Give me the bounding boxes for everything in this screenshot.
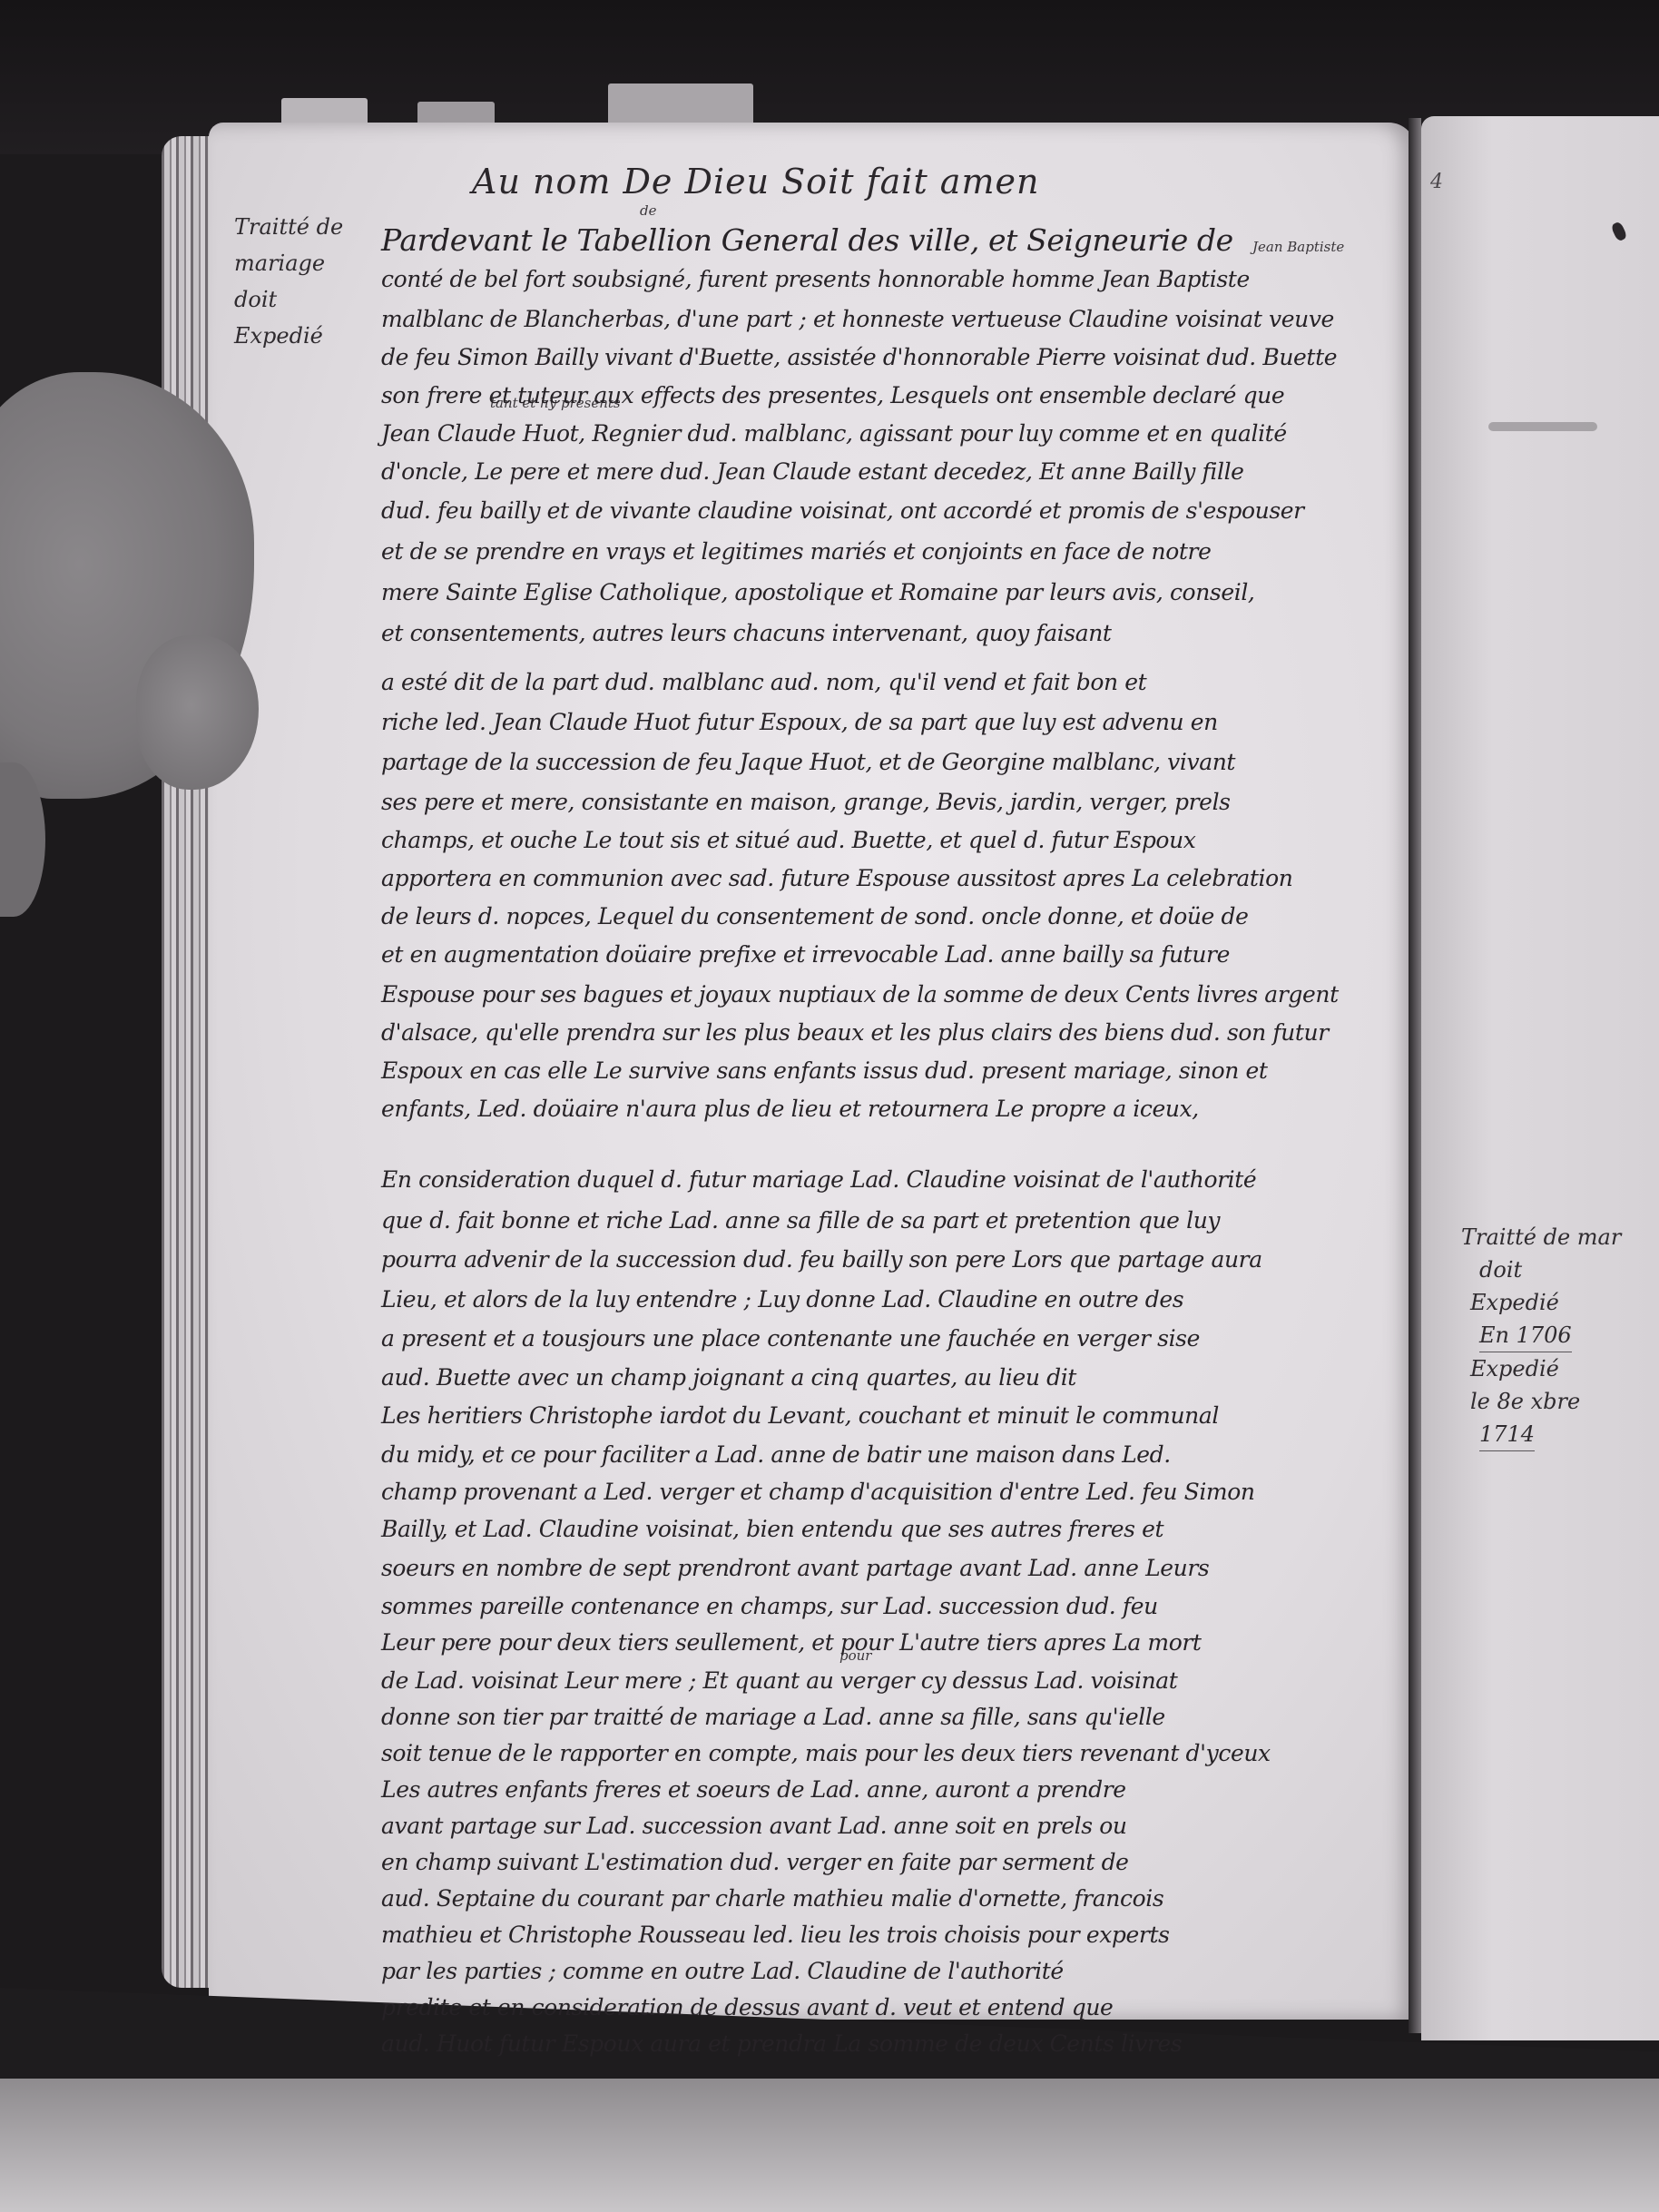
text-line: donne son tier par traitté de mariage a …: [381, 1704, 1165, 1730]
text-line: dud. feu bailly et de vivante claudine v…: [381, 497, 1304, 524]
text-line: et consentements, autres leurs chacuns i…: [381, 620, 1112, 646]
text-line: Bailly, et Lad. Claudine voisinat, bien …: [381, 1516, 1163, 1542]
text-line: et en augmentation doüaire prefixe et ir…: [381, 941, 1230, 968]
interlinear-note: Jean Baptiste: [1252, 239, 1344, 255]
text-line: de leurs d. nopces, Lequel du consenteme…: [381, 903, 1249, 929]
margin-note-line: En 1706: [1479, 1319, 1572, 1352]
text-line: que d. fait bonne et riche Lad. anne sa …: [381, 1207, 1220, 1234]
text-line: partage de la succession de feu Jaque Hu…: [381, 749, 1235, 775]
text-line: champs, et ouche Le tout sis et situé au…: [381, 827, 1195, 853]
table-surface: [0, 2079, 1659, 2212]
right-margin-note: Traitté de mar doit Expedié En 1706 Expe…: [1461, 1221, 1621, 1451]
text-line: aud. Septaine du courant par charle math…: [381, 1885, 1163, 1912]
margin-note-line: Traitté de: [234, 209, 352, 245]
text-line: aud. Buette avec un champ joignant a cin…: [381, 1364, 1076, 1391]
margin-note-line: Expedié: [234, 318, 352, 354]
text-line: en champ suivant L'estimation dud. verge…: [381, 1849, 1129, 1875]
text-line: a present et a tousjours une place conte…: [381, 1325, 1200, 1352]
pencil-smear: [1488, 422, 1597, 431]
margin-note-line: le 8e xbre: [1461, 1385, 1621, 1418]
text-line: de Lad. voisinat Leur mere ; Et quant au…: [381, 1667, 1177, 1694]
margin-note-line: Expedié: [1461, 1352, 1621, 1385]
page-number: 4: [1430, 171, 1443, 193]
text-line: avant partage sur Lad. succession avant …: [381, 1813, 1127, 1839]
margin-note-line: Expedié: [1461, 1286, 1621, 1319]
text-line: apportera en communion avec sad. future …: [381, 865, 1292, 891]
text-line: de feu Simon Bailly vivant d'Buette, ass…: [381, 344, 1337, 370]
text-line: En consideration duquel d. futur mariage…: [381, 1166, 1256, 1193]
text-line: par les parties ; comme en outre Lad. Cl…: [381, 1958, 1064, 1984]
book-gutter: [1409, 118, 1421, 2033]
text-line: conté de bel fort soubsigné, furent pres…: [381, 266, 1250, 292]
margin-note-line: mariage: [234, 245, 352, 281]
margin-note-line: doit: [1461, 1253, 1621, 1286]
text-line: Leur pere pour deux tiers seullement, et…: [381, 1629, 1202, 1656]
text-line: aud. Huot futur Espoux aura et prendra L…: [381, 2030, 1182, 2057]
text-line: soit tenue de le rapporter en compte, ma…: [381, 1740, 1271, 1766]
margin-note-line: Traitté de mar: [1461, 1221, 1621, 1253]
text-line: enfants, Led. doüaire n'aura plus de lie…: [381, 1096, 1199, 1122]
margin-note-line: 1714: [1479, 1418, 1535, 1451]
text-line: Les autres enfants freres et soeurs de L…: [381, 1776, 1126, 1803]
text-line: mathieu et Christophe Rousseau led. lieu…: [381, 1922, 1170, 1948]
left-margin-note: Traitté de mariage doit Expedié: [234, 209, 352, 354]
text-line: Pardevant le Tabellion General des ville…: [381, 222, 1233, 258]
text-line: pourra advenir de la succession dud. feu…: [381, 1246, 1262, 1273]
text-line: Jean Claude Huot, Regnier dud. malblanc,…: [381, 420, 1287, 447]
text-line: et de se prendre en vrays et legitimes m…: [381, 538, 1212, 565]
document-heading: Au nom De Dieu Soit fait amen: [472, 162, 1039, 202]
text-line: ses pere et mere, consistante en maison,…: [381, 789, 1231, 815]
right-page: [1421, 116, 1659, 2040]
text-line: a esté dit de la part dud. malblanc aud.…: [381, 669, 1146, 695]
margin-note-line: doit: [234, 281, 352, 318]
text-line: Lieu, et alors de la luy entendre ; Luy …: [381, 1286, 1183, 1312]
interlinear-note: de: [640, 202, 656, 219]
text-line: son frere et tuteur aux effects des pres…: [381, 382, 1284, 408]
text-line: d'alsace, qu'elle prendra sur les plus b…: [381, 1019, 1329, 1046]
text-line: predite et en consideration de dessus av…: [381, 1994, 1113, 2020]
text-line: malblanc de Blancherbas, d'une part ; et…: [381, 306, 1334, 332]
text-line: riche led. Jean Claude Huot futur Espoux…: [381, 709, 1218, 735]
text-line: champ provenant a Led. verger et champ d…: [381, 1479, 1255, 1505]
text-line: du midy, et ce pour faciliter a Lad. ann…: [381, 1441, 1171, 1468]
text-line: soeurs en nombre de sept prendront avant…: [381, 1555, 1209, 1581]
text-line: d'oncle, Le pere et mere dud. Jean Claud…: [381, 458, 1244, 485]
text-line: sommes pareille contenance en champs, su…: [381, 1593, 1158, 1619]
text-line: Espoux en cas elle Le survive sans enfan…: [381, 1057, 1268, 1084]
text-line: Espouse pour ses bagues et joyaux nuptia…: [381, 981, 1339, 1008]
text-line: mere Sainte Eglise Catholique, apostoliq…: [381, 579, 1254, 605]
text-line: Les heritiers Christophe iardot du Levan…: [381, 1402, 1219, 1429]
